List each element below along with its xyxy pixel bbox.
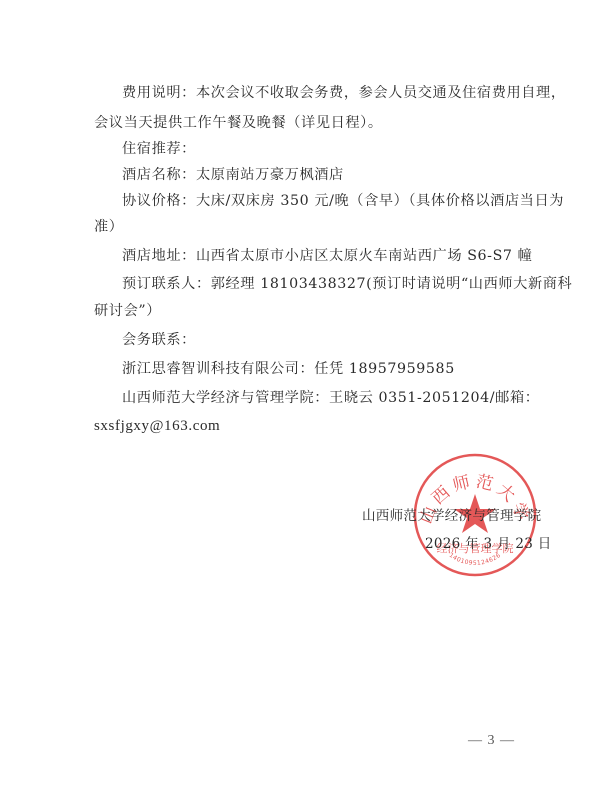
contact-company: 浙江思睿智训科技有限公司：任凭 18957959585 — [122, 360, 455, 378]
fee-description-line2: 会议当天提供工作午餐及晚餐（详见日程）。 — [94, 114, 383, 132]
signature-organization: 山西师范大学经济与管理学院 — [362, 504, 541, 524]
contact-email: sxsfjgxy@163.com — [94, 417, 220, 435]
hotel-address: 酒店地址：山西省太原市小店区太原火车南站西广场 S6-S7 幢 — [122, 247, 532, 265]
booking-contact-line2: 研讨会”） — [94, 302, 161, 320]
hotel-name: 酒店名称：太原南站万豪万枫酒店 — [122, 166, 344, 184]
booking-contact-line1: 预订联系人：郭经理 18103438327(预订时请说明“山西师大新商科 — [122, 275, 572, 293]
fee-description-line1: 费用说明：本次会议不收取会务费，参会人员交通及住宿费用自理， — [122, 84, 566, 102]
contact-school-line1: 山西师范大学经济与管理学院：王晓云 0351-2051204/邮箱： — [122, 389, 540, 407]
agreed-price-line1: 协议价格：大床/双床房 350 元/晚（含早）（具体价格以酒店当日为 — [122, 192, 564, 210]
page-number: — 3 — — [468, 733, 515, 749]
document-page: 费用说明：本次会议不收取会务费，参会人员交通及住宿费用自理， 会议当天提供工作午… — [0, 0, 604, 800]
signature-date: 2026 年 3 月 23 日 — [425, 532, 552, 552]
agreed-price-line2: 准） — [94, 218, 124, 236]
conference-contact-heading: 会务联系： — [122, 331, 196, 349]
lodging-heading: 住宿推荐： — [122, 140, 196, 158]
